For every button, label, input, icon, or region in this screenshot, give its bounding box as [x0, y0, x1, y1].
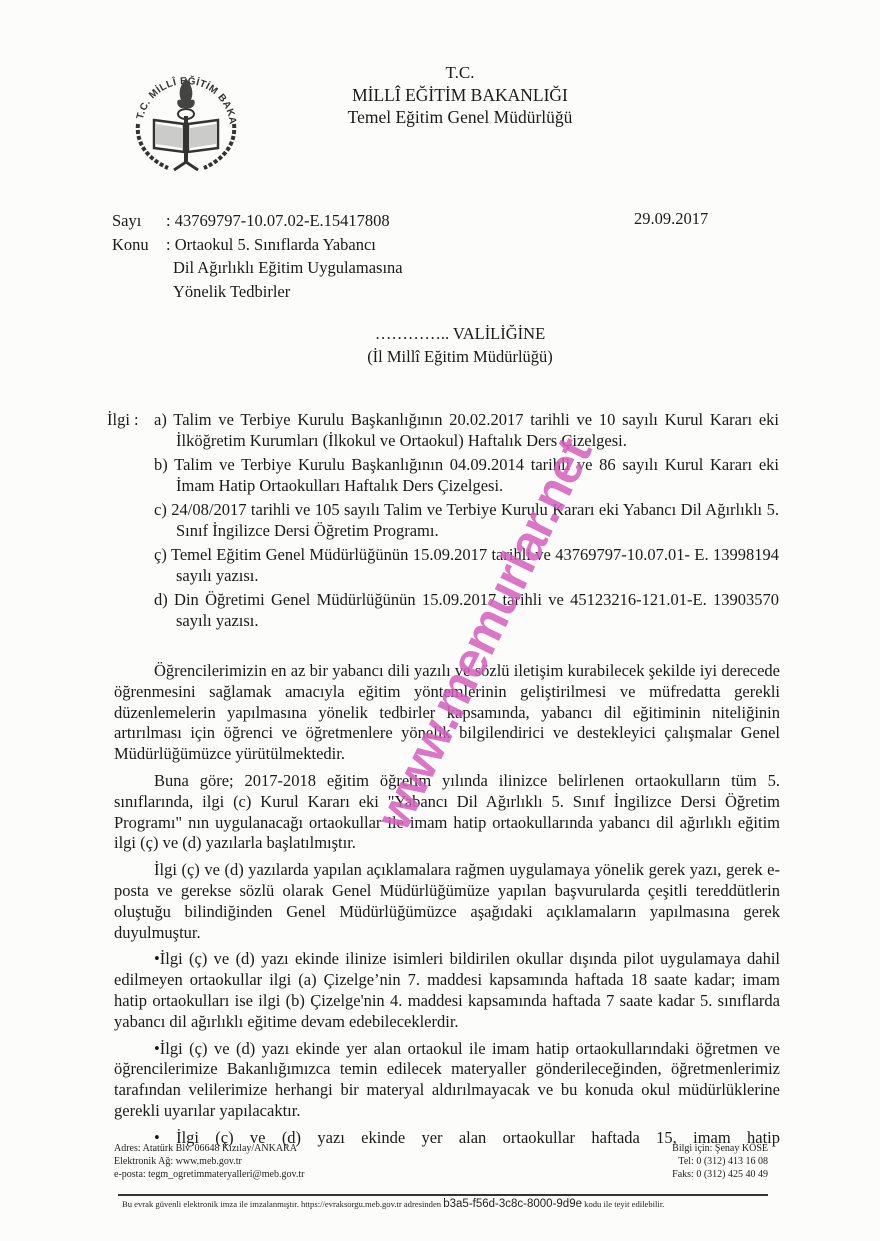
footer-divider — [118, 1194, 768, 1196]
references-section: İlgi : a) Talim ve Terbiye Kurulu Başkan… — [107, 410, 779, 635]
body-paragraph: •İlgi (ç) ve (d) yazı ekinde ilinize isi… — [114, 949, 780, 1032]
footer-address: Adres: Atatürk Blv. 06648 Kızılay/ANKARA — [114, 1142, 304, 1155]
verify-prefix: Bu evrak güvenli elektronik imza ile imz… — [122, 1199, 441, 1209]
body-paragraph: Öğrencilerimizin en az bir yabancı dili … — [114, 661, 780, 765]
footer-address-block: Adres: Atatürk Blv. 06648 Kızılay/ANKARA… — [114, 1142, 304, 1181]
footer-web: Elektronik Ağ: www.meb.gov.tr — [114, 1155, 304, 1168]
document-meta: Sayı : 43769797-10.07.02-E.15417808 Konu… — [112, 209, 403, 303]
sayi-label: Sayı — [112, 209, 166, 233]
body-paragraph: Buna göre; 2017-2018 eğitim öğretim yılı… — [114, 771, 780, 854]
references-label: İlgi : — [107, 410, 154, 451]
letterhead: T.C. MİLLÎ EĞİTİM BAKANLIĞI Temel Eğitim… — [300, 62, 620, 128]
e-signature-notice: Bu evrak güvenli elektronik imza ile imz… — [122, 1198, 664, 1210]
verify-code: b3a5-f56d-3c8c-8000-9d9e — [443, 1198, 582, 1210]
reference-item: b) Talim ve Terbiye Kurulu Başkanlığının… — [107, 455, 779, 496]
konu-line-2: Dil Ağırlıklı Eğitim Uygulamasına — [112, 256, 403, 280]
reference-text: ç) Temel Eğitim Genel Müdürlüğünün 15.09… — [154, 545, 779, 586]
reference-item: c) 24/08/2017 tarihli ve 105 sayılı Tali… — [107, 500, 779, 541]
footer-fax: Faks: 0 (312) 425 40 49 — [620, 1168, 768, 1181]
reference-text: d) Din Öğretimi Genel Müdürlüğünün 15.09… — [154, 590, 779, 631]
konu-line-1: : Ortaokul 5. Sınıflarda Yabancı — [166, 233, 376, 257]
konu-row: Konu : Ortaokul 5. Sınıflarda Yabancı — [112, 233, 403, 257]
reference-item: d) Din Öğretimi Genel Müdürlüğünün 15.09… — [107, 590, 779, 631]
body-paragraph: İlgi (ç) ve (d) yazılarda yapılan açıkla… — [114, 860, 780, 943]
footer-contact-block: Bilgi için: Şenay KÖSE Tel: 0 (312) 413 … — [620, 1142, 768, 1181]
reference-text: c) 24/08/2017 tarihli ve 105 sayılı Tali… — [154, 500, 779, 541]
header-tc: T.C. — [300, 62, 620, 84]
konu-line-3: Yönelik Tedbirler — [112, 280, 403, 304]
sayi-row: Sayı : 43769797-10.07.02-E.15417808 — [112, 209, 403, 233]
reference-text: b) Talim ve Terbiye Kurulu Başkanlığının… — [154, 455, 779, 496]
sayi-value: : 43769797-10.07.02-E.15417808 — [166, 209, 390, 233]
addressee-line-2: (İl Millî Eğitim Müdürlüğü) — [300, 345, 620, 368]
document-date: 29.09.2017 — [634, 209, 708, 229]
document-page: T.C. MİLLÎ EĞİTİM BAKANLIĞI T.C. MİLLÎ E… — [0, 0, 880, 1241]
header-ministry: MİLLÎ EĞİTİM BAKANLIĞI — [300, 84, 620, 106]
reference-item: İlgi : a) Talim ve Terbiye Kurulu Başkan… — [107, 410, 779, 451]
header-directorate: Temel Eğitim Genel Müdürlüğü — [300, 106, 620, 128]
addressee-line-1: ………….. VALİLİĞİNE — [300, 322, 620, 345]
verify-suffix: kodu ile teyit edilebilir. — [584, 1199, 664, 1209]
letter-body: Öğrencilerimizin en az bir yabancı dili … — [114, 661, 780, 1155]
ministry-seal-icon: T.C. MİLLÎ EĞİTİM BAKANLIĞI — [124, 58, 248, 176]
reference-text: a) Talim ve Terbiye Kurulu Başkanlığının… — [154, 410, 779, 451]
reference-item: ç) Temel Eğitim Genel Müdürlüğünün 15.09… — [107, 545, 779, 586]
footer-tel: Tel: 0 (312) 413 16 08 — [620, 1155, 768, 1168]
footer-contact: Bilgi için: Şenay KÖSE — [620, 1142, 768, 1155]
body-paragraph: •İlgi (ç) ve (d) yazı ekinde yer alan or… — [114, 1039, 780, 1122]
footer-email: e-posta: tegm_ogretimmateryalleri@meb.go… — [114, 1168, 304, 1181]
konu-label: Konu — [112, 233, 166, 257]
addressee: ………….. VALİLİĞİNE (İl Millî Eğitim Müdür… — [300, 322, 620, 368]
